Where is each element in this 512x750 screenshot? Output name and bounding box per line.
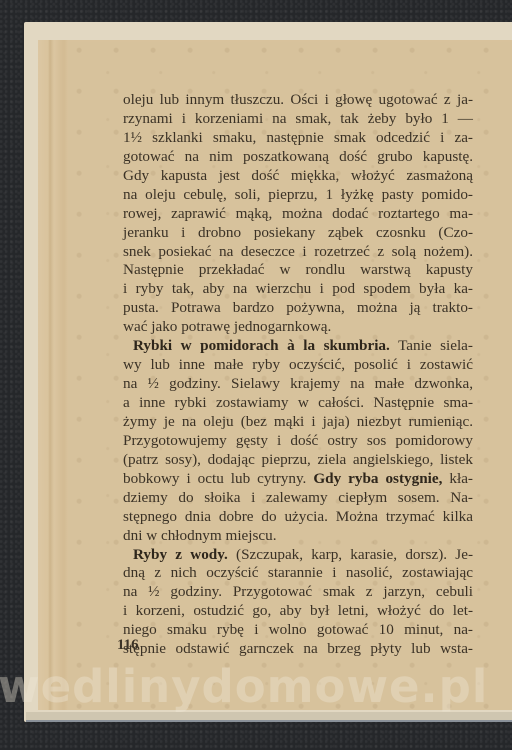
text-line: a inne rybki zostawiamy w całości. Nastę… — [123, 394, 473, 413]
text-segment: wy lub inne małe ryby oczyścić, posolić … — [123, 356, 473, 373]
text-segment: snek posiekać na deseczce i rozetrzeć z … — [123, 243, 473, 260]
text-line: bobkowy i octu lub cytryny. Gdy ryba ost… — [123, 470, 473, 489]
page-number: 116 — [117, 637, 139, 654]
text-segment: oleju lub innym tłuszczu. Ości i głowę u… — [123, 91, 473, 108]
text-segment: gotować na nim poszatkowaną dość grubo k… — [123, 148, 473, 165]
text-line: i korzeni, ostudzić go, aby był letni, w… — [123, 602, 473, 621]
text-segment: rowej, zaprawić mąką, można dodać roztar… — [123, 205, 473, 222]
text-line: na oleju cebulę, soli, pieprzu, 1 łyżkę … — [123, 186, 473, 205]
text-segment: Następnie przekładać w rondlu warstwą ka… — [123, 261, 473, 278]
text-segment: i ryby tak, aby na wierzchu i pod spodem… — [123, 280, 473, 297]
text-segment: stępnie odstawić garnczek na brzeg płyty… — [123, 640, 473, 657]
text-segment: (patrz sosy), dodając pieprzu, ziela ang… — [123, 451, 473, 468]
text-segment: jeranku i drobno posiekany ząbek czosnku… — [123, 224, 473, 241]
text-line: wać jako potrawę jednogarnkową. — [123, 318, 473, 337]
book-bottom-edge — [26, 712, 512, 722]
text-line: na ½ godziny. Przygotować smak z jarzyn,… — [123, 583, 473, 602]
text-line: Rybki w pomidorach à la skumbria. Tanie … — [123, 337, 473, 356]
text-segment: dni w chłodnym miejscu. — [123, 527, 277, 544]
text-line: wy lub inne małe ryby oczyścić, posolić … — [123, 356, 473, 375]
text-line: na ½ godziny. Sielawy krajemy na małe dz… — [123, 375, 473, 394]
text-line: dną z nich oczyścić starannie i nasolić,… — [123, 564, 473, 583]
text-line: dni w chłodnym miejscu. — [123, 527, 473, 546]
text-line: Gdy kapusta jest dość miękka, włożyć zas… — [123, 167, 473, 186]
text-segment: dziemy do słoika i zalewamy ciepłym sose… — [123, 489, 473, 506]
text-segment: wać jako potrawę jednogarnkową. — [123, 318, 331, 335]
text-segment: niego smaku rybę i wolno gotować 10 minu… — [123, 621, 473, 638]
recipe-title: Rybki w pomidorach à la skumbria. — [133, 337, 390, 354]
text-line: 1½ szklanki smaku, następnie smak odcedz… — [123, 129, 473, 148]
text-segment: dną z nich oczyścić starannie i nasolić,… — [123, 564, 473, 581]
text-segment: kła- — [442, 470, 473, 487]
text-segment: stępnego dnia dobre do użycia. Można trz… — [123, 508, 473, 525]
text-line: oleju lub innym tłuszczu. Ości i głowę u… — [123, 91, 473, 110]
text-line: (patrz sosy), dodając pieprzu, ziela ang… — [123, 451, 473, 470]
text-line: stępnie odstawić garnczek na brzeg płyty… — [123, 640, 473, 659]
text-segment: na ½ godziny. Przygotować smak z jarzyn,… — [123, 583, 473, 600]
text-segment: Tanie siela- — [390, 337, 473, 354]
text-line: niego smaku rybę i wolno gotować 10 minu… — [123, 621, 473, 640]
text-segment: Gdy kapusta jest dość miękka, włożyć zas… — [123, 167, 473, 184]
text-segment: rzynami i korzeniami na smak, tak żeby b… — [123, 110, 473, 127]
text-line: Przygotowujemy gęsty i dość ostry sos po… — [123, 432, 473, 451]
text-segment: a inne rybki zostawiamy w całości. Nastę… — [123, 394, 473, 411]
text-line: stępnego dnia dobre do użycia. Można trz… — [123, 508, 473, 527]
text-segment: na ½ godziny. Sielawy krajemy na małe dz… — [123, 375, 473, 392]
text-line: rzynami i korzeniami na smak, tak żeby b… — [123, 110, 473, 129]
text-line: jeranku i drobno posiekany ząbek czosnku… — [123, 224, 473, 243]
text-line: snek posiekać na deseczce i rozetrzeć z … — [123, 243, 473, 262]
text-segment: żymy je na oleju (bez mąki i jaja) niezb… — [123, 413, 473, 430]
text-segment: pusta. Potrawa bardzo pożywna, można ją … — [123, 299, 473, 316]
text-segment: Przygotowujemy gęsty i dość ostry sos po… — [123, 432, 473, 449]
text-line: i ryby tak, aby na wierzchu i pod spodem… — [123, 280, 473, 299]
text-segment: 1½ szklanki smaku, następnie smak odcedz… — [123, 129, 473, 146]
text-line: dziemy do słoika i zalewamy ciepłym sose… — [123, 489, 473, 508]
scanned-book-page: oleju lub innym tłuszczu. Ości i głowę u… — [0, 0, 512, 750]
text-line: rowej, zaprawić mąką, można dodać roztar… — [123, 205, 473, 224]
watermark: wedlinydomowe.pl — [0, 660, 512, 713]
text-line: gotować na nim poszatkowaną dość grubo k… — [123, 148, 473, 167]
text-line: Następnie przekładać w rondlu warstwą ka… — [123, 261, 473, 280]
text-line: Ryby z wody. (Szczupak, karp, karasie, d… — [123, 546, 473, 565]
text-segment: bobkowy i octu lub cytryny. — [123, 470, 313, 487]
recipe-title: Gdy ryba ostygnie, — [313, 470, 442, 487]
text-line: żymy je na oleju (bez mąki i jaja) niezb… — [123, 413, 473, 432]
page-body-text: oleju lub innym tłuszczu. Ości i głowę u… — [123, 91, 473, 659]
recipe-title: Ryby z wody. — [133, 546, 228, 563]
text-segment: (Szczupak, karp, karasie, dorsz). Je- — [228, 546, 473, 563]
text-segment: i korzeni, ostudzić go, aby był letni, w… — [123, 602, 473, 619]
text-segment: na oleju cebulę, soli, pieprzu, 1 łyżkę … — [123, 186, 473, 203]
text-line: pusta. Potrawa bardzo pożywna, można ją … — [123, 299, 473, 318]
